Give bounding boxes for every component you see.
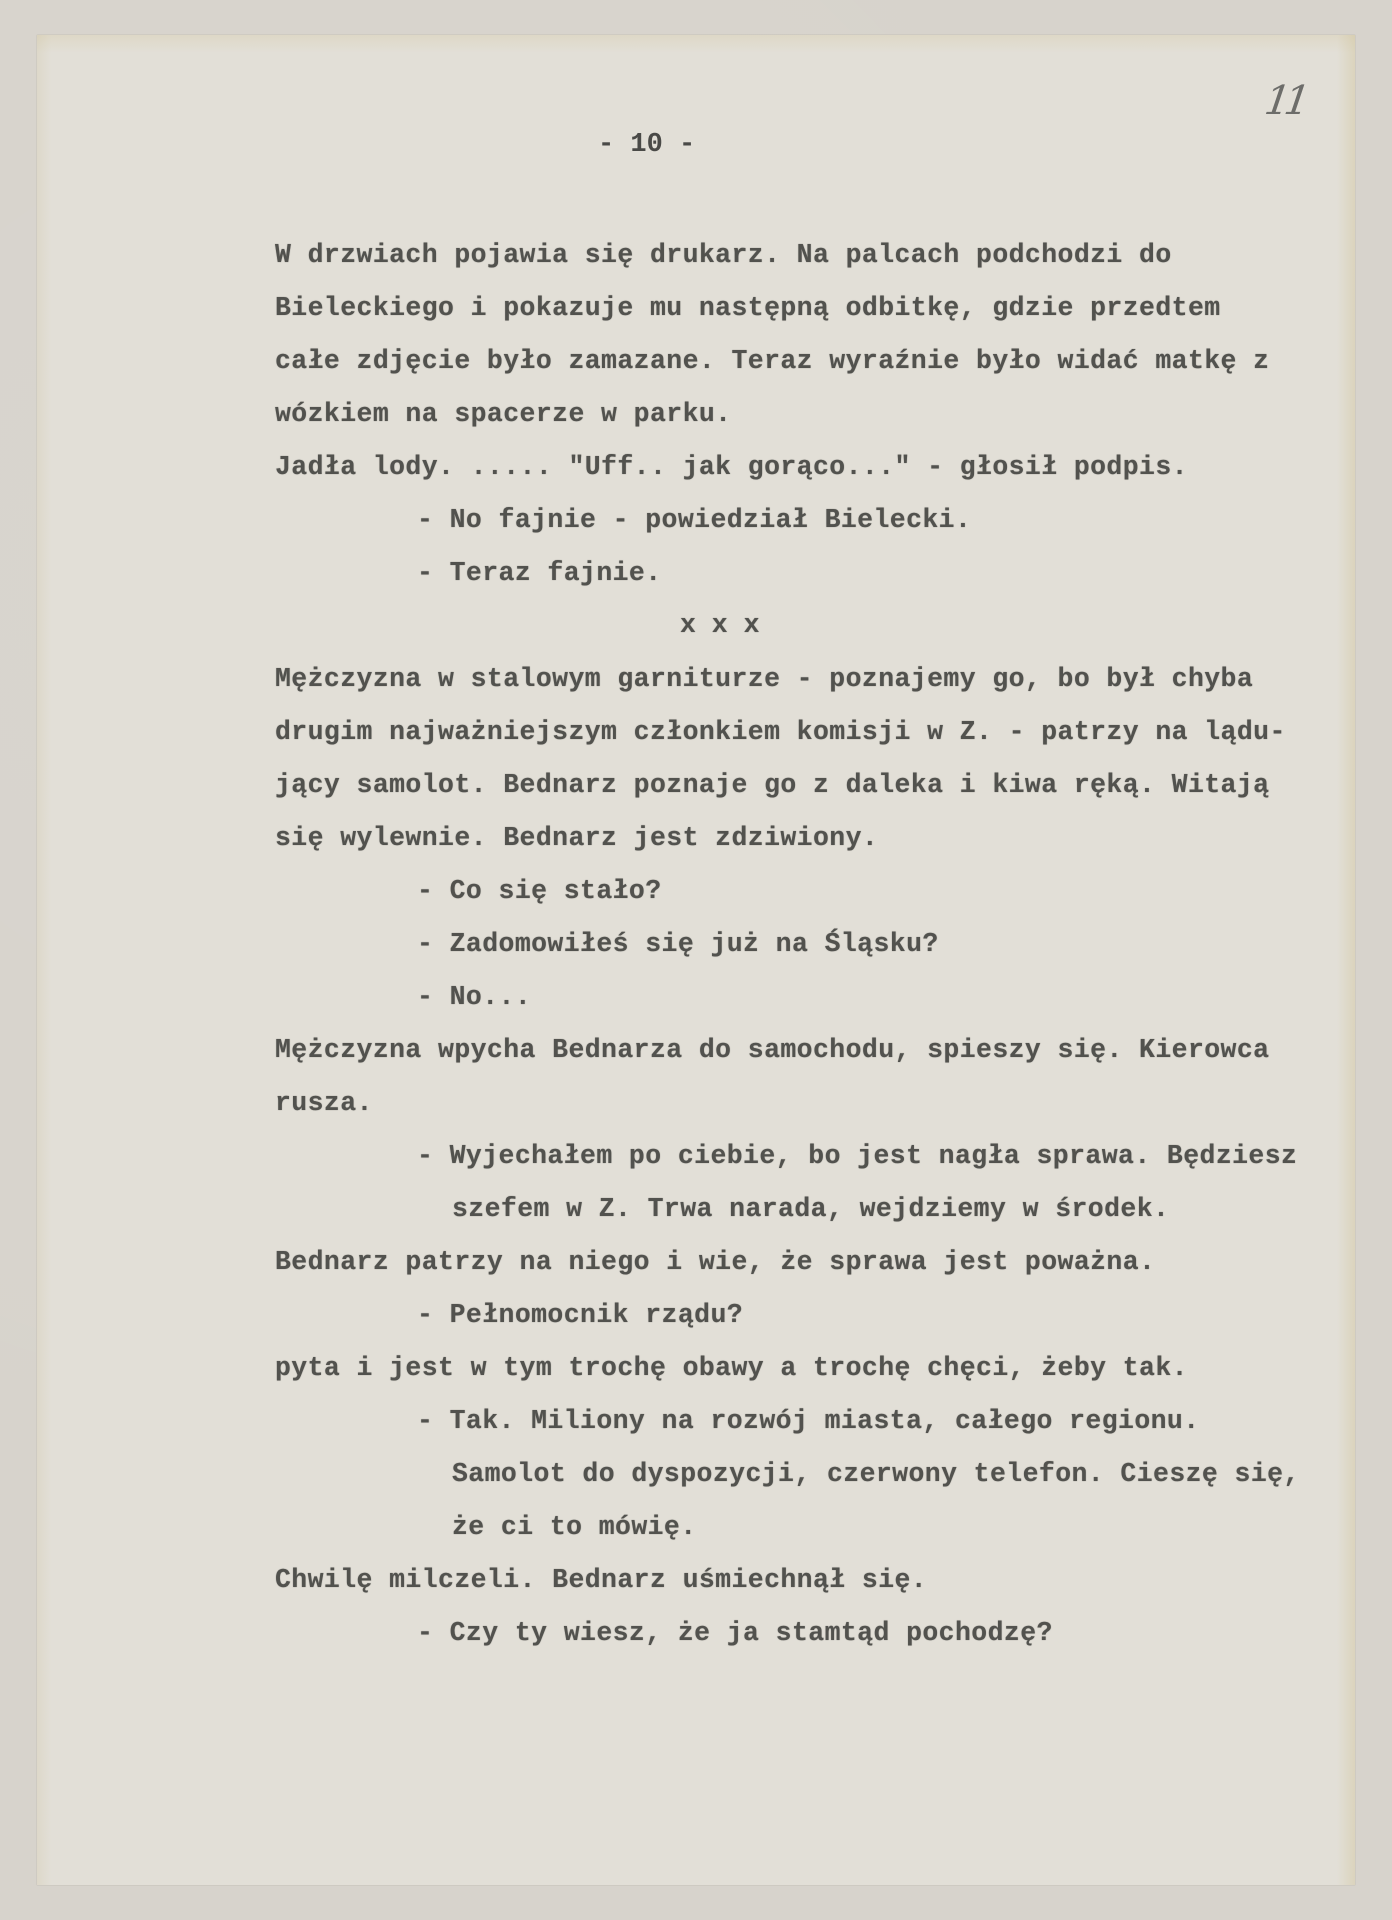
handwritten-folio-number: 11 bbox=[1262, 78, 1307, 124]
text-line: się wylewnie. Bednarz jest zdziwiony. bbox=[275, 823, 878, 853]
text-line: W drzwiach pojawia się drukarz. Na palca… bbox=[275, 240, 1172, 270]
page-number: - 10 - bbox=[598, 130, 695, 160]
text-line: Mężczyzna wpycha Bednarza do samochodu, … bbox=[275, 1035, 1269, 1065]
dialogue-continuation: szefem w Z. Trwa narada, wejdziemy w śro… bbox=[452, 1194, 1169, 1224]
text-line: pyta i jest w tym trochę obawy a trochę … bbox=[275, 1353, 1188, 1383]
dialogue-line: - Tak. Miliony na rozwój miasta, całego … bbox=[417, 1406, 1200, 1436]
text-line: drugim najważniejszym członkiem komisji … bbox=[275, 717, 1286, 747]
text-line: Bieleckiego i pokazuje mu następną odbit… bbox=[275, 293, 1221, 323]
text-line: wózkiem na spacerze w parku. bbox=[275, 399, 731, 429]
dialogue-line: - No fajnie - powiedział Bielecki. bbox=[417, 505, 971, 535]
text-line: Bednarz patrzy na niego i wie, że sprawa… bbox=[275, 1247, 1155, 1277]
dialogue-line: - Wyjechałem po ciebie, bo jest nagła sp… bbox=[417, 1141, 1297, 1171]
dialogue-line: - No... bbox=[417, 982, 531, 1012]
text-line: Mężczyzna w stalowym garniturze - poznaj… bbox=[275, 664, 1253, 694]
dialogue-line: - Zadomowiłeś się już na Śląsku? bbox=[417, 929, 939, 959]
dialogue-line: - Czy ty wiesz, że ja stamtąd pochodzę? bbox=[417, 1618, 1053, 1648]
dialogue-line: - Pełnomocnik rządu? bbox=[417, 1300, 743, 1330]
dialogue-line: - Teraz fajnie. bbox=[417, 558, 662, 588]
text-line: Jadła lody. ..... "Uff.. jak gorąco..." … bbox=[275, 452, 1188, 482]
text-line: całe zdjęcie było zamazane. Teraz wyraźn… bbox=[275, 346, 1269, 376]
dialogue-line: - Co się stało? bbox=[417, 876, 662, 906]
text-line: jący samolot. Bednarz poznaje go z dalek… bbox=[275, 770, 1269, 800]
dialogue-continuation: Samolot do dyspozycji, czerwony telefon.… bbox=[452, 1459, 1300, 1489]
dialogue-continuation: że ci to mówię. bbox=[452, 1512, 697, 1542]
scene-separator: x x x bbox=[680, 610, 760, 640]
text-line: Chwilę milczeli. Bednarz uśmiechnął się. bbox=[275, 1565, 927, 1595]
text-line: rusza. bbox=[275, 1088, 373, 1118]
